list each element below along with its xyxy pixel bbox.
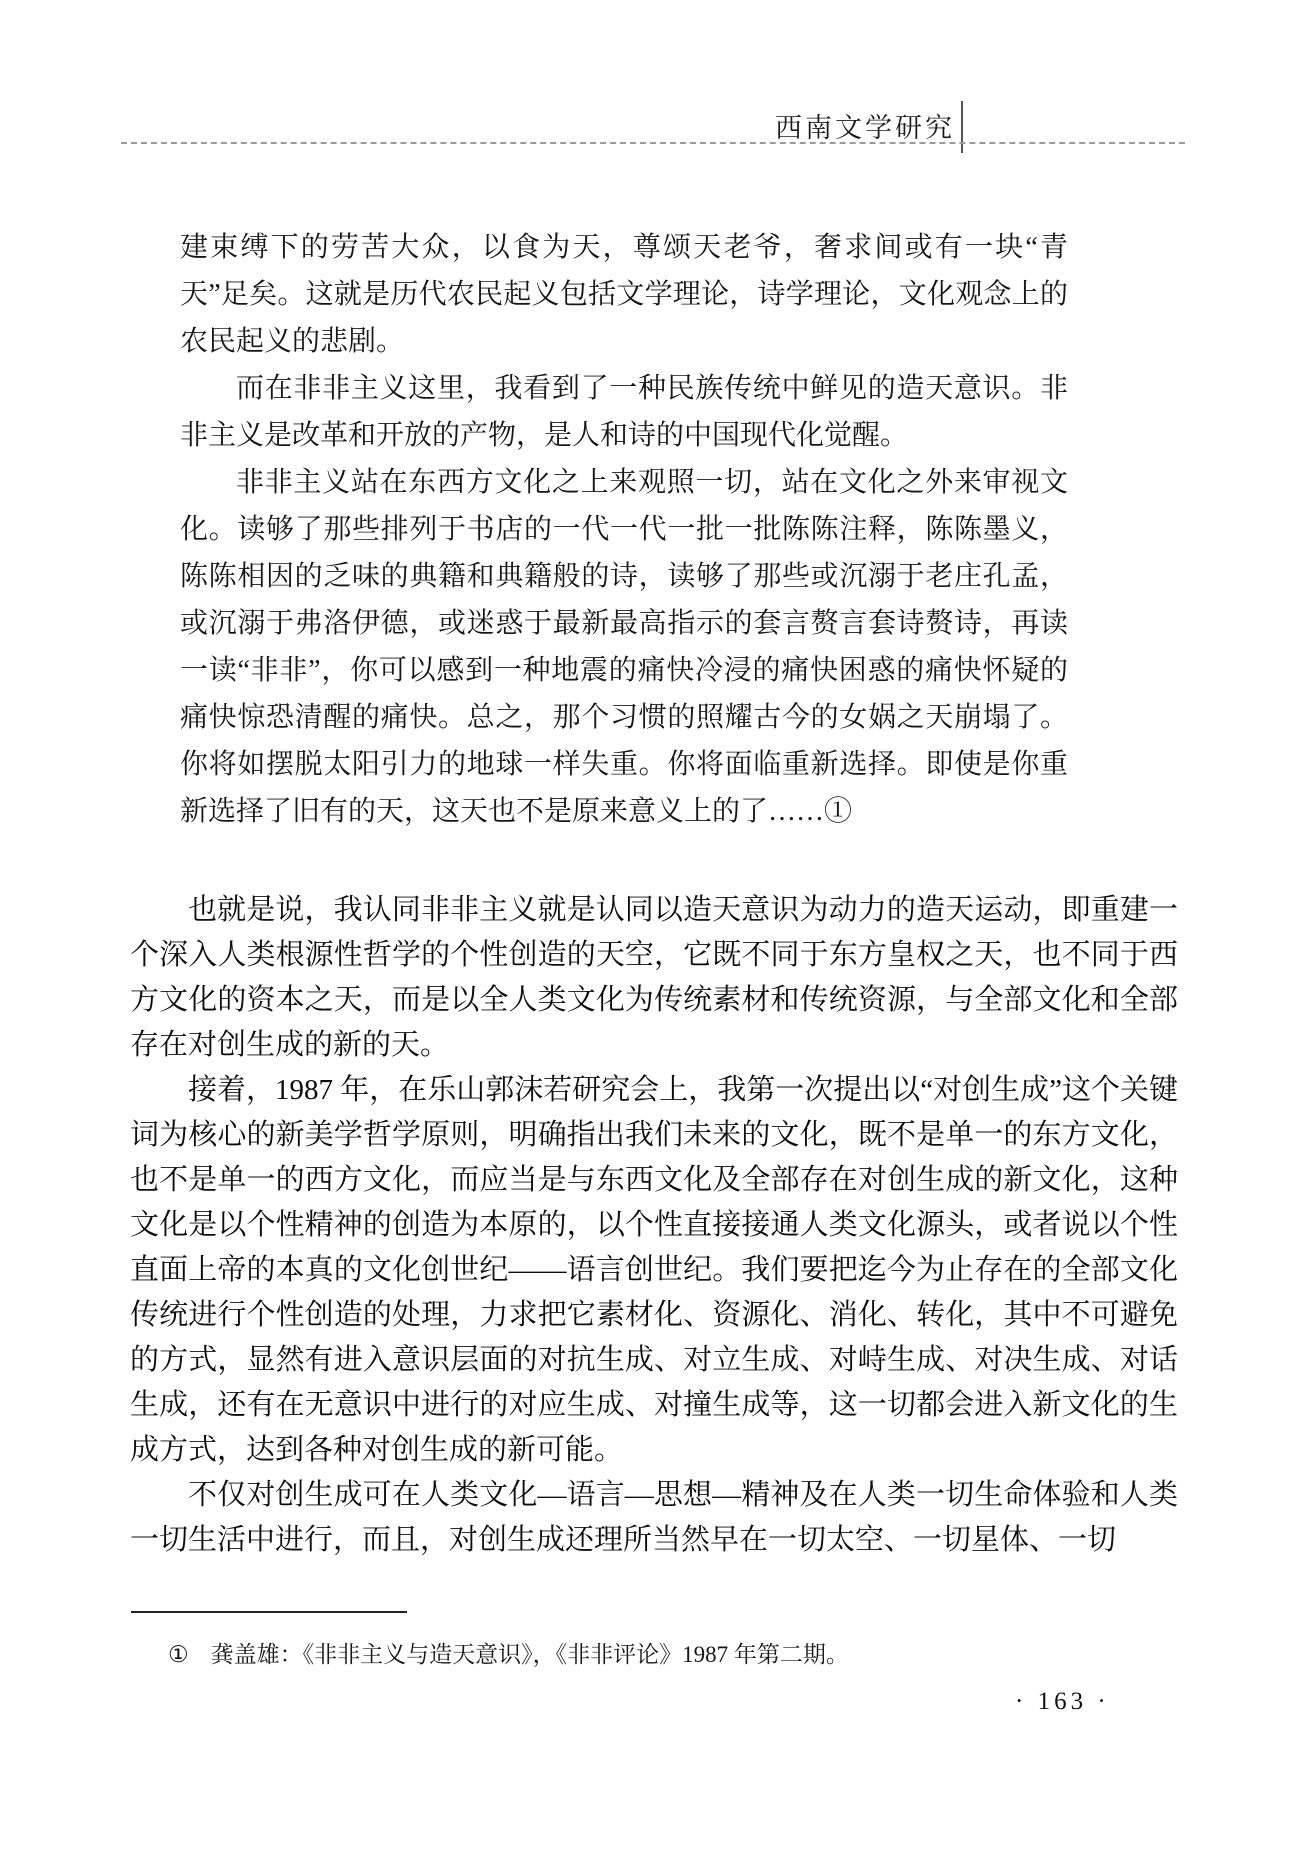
footnote-separator-rule [131, 1611, 407, 1613]
header-vertical-bar [961, 101, 963, 153]
document-page: 西南文学研究 建束缚下的劳苦大众，以食为天，尊颂天老爷，奢求间或有一块“青天”足… [0, 0, 1307, 1859]
quote-paragraph-2: 而在非非主义这里，我看到了一种民族传统中鲜见的造天意识。非非主义是改革和开放的产… [180, 365, 1068, 459]
body-paragraph-3: 不仅对创生成可在人类文化—语言—思想—精神及在人类一切生命体验和人类一切生活中进… [130, 1473, 1178, 1563]
quote-paragraph-3: 非非主义站在东西方文化之上来观照一切，站在文化之外来审视文化。读够了那些排列于书… [180, 459, 1068, 835]
body-paragraph-2: 接着，1987 年，在乐山郭沫若研究会上，我第一次提出以“对创生成”这个关键词为… [130, 1068, 1178, 1473]
header-dashed-rule [121, 142, 1185, 144]
footnote: ①龚盖雄：《非非主义与造天意识》，《非非评论》1987 年第二期。 [168, 1638, 1128, 1672]
block-quote: 建束缚下的劳苦大众，以食为天，尊颂天老爷，奢求间或有一块“青天”足矣。这就是历代… [180, 224, 1068, 835]
page-number: · 163 · [1015, 1688, 1110, 1716]
body-text: 也就是说，我认同非非主义就是认同以造天意识为动力的造天运动，即重建一个深入人类根… [130, 888, 1178, 1563]
body-paragraph-1: 也就是说，我认同非非主义就是认同以造天意识为动力的造天运动，即重建一个深入人类根… [130, 888, 1178, 1068]
journal-title: 西南文学研究 [775, 106, 955, 145]
footnote-text: 龚盖雄：《非非主义与造天意识》，《非非评论》1987 年第二期。 [211, 1642, 849, 1667]
quote-paragraph-1: 建束缚下的劳苦大众，以食为天，尊颂天老爷，奢求间或有一块“青天”足矣。这就是历代… [180, 224, 1068, 365]
footnote-marker: ① [168, 1642, 189, 1667]
